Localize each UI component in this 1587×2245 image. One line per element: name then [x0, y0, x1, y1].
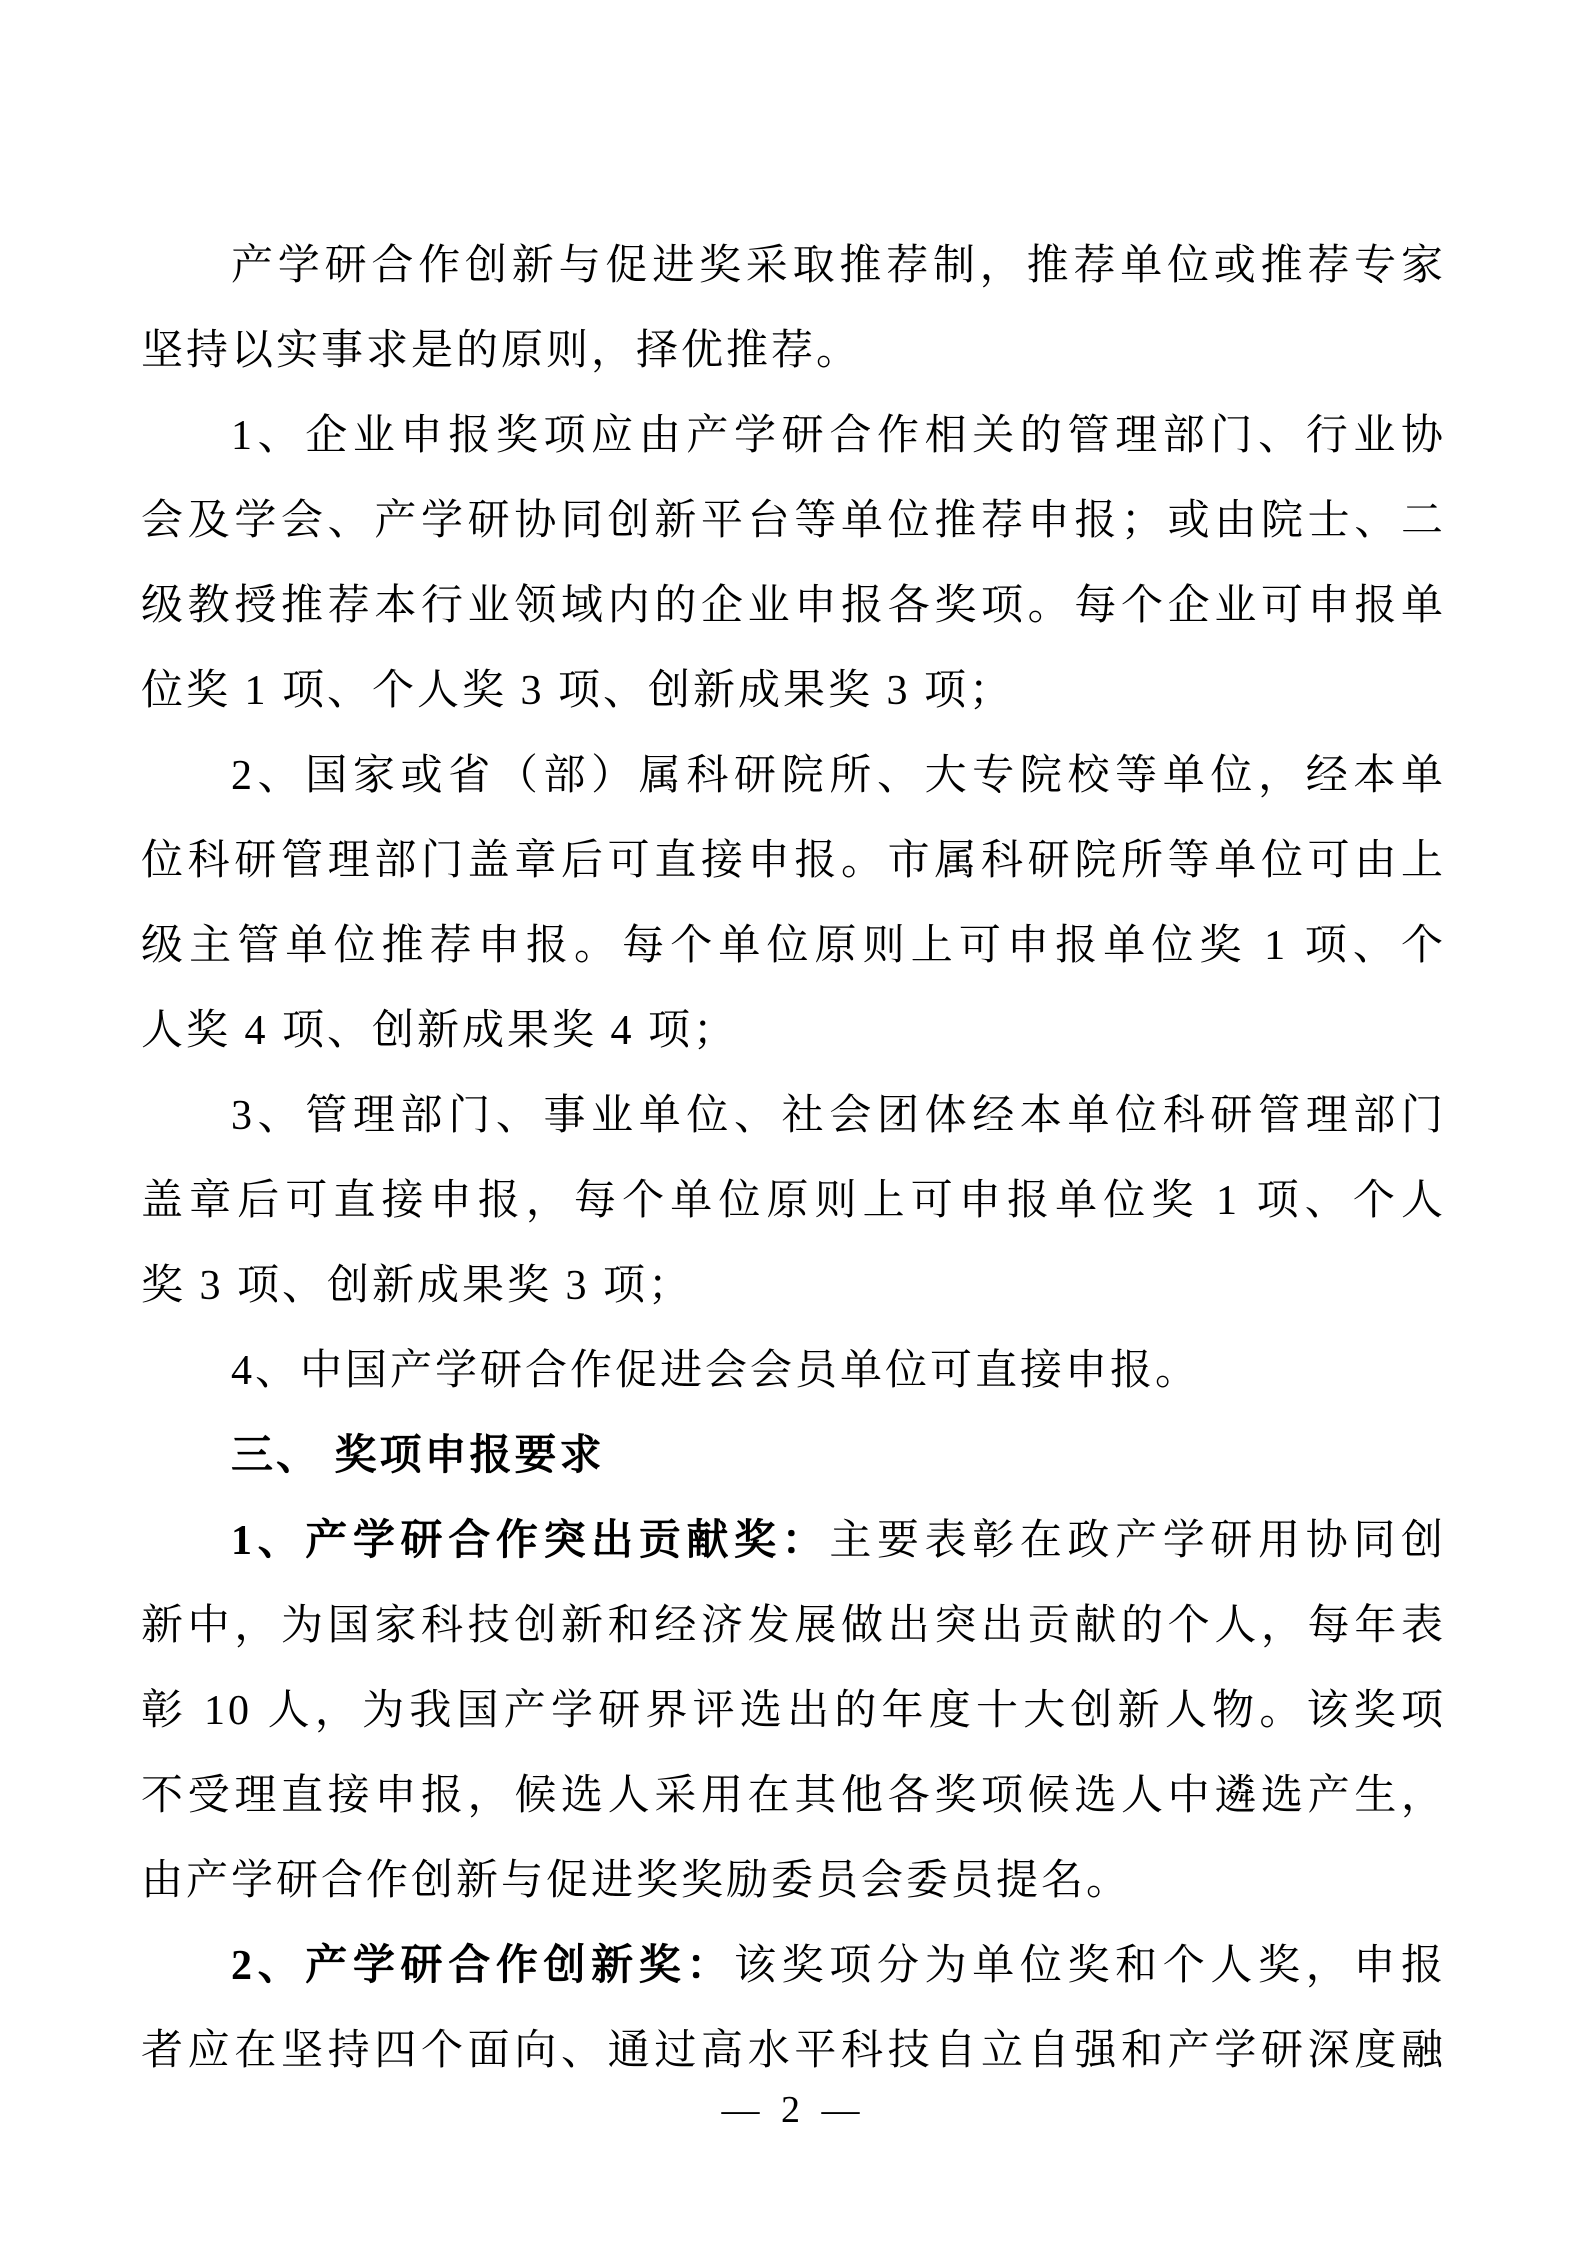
text-line: 盖章后可直接申报，每个单位原则上可申报单位奖 1 项、个人 — [141, 1159, 1446, 1244]
text-line: 产学研合作创新与促进奖采取推荐制，推荐单位或推荐专家 — [141, 224, 1446, 309]
page-number: — 2 — — [0, 2088, 1587, 2132]
text-line: 1、产学研合作突出贡献奖：主要表彰在政产学研用协同创 — [141, 1499, 1446, 1584]
text-line: 会及学会、产学研协同创新平台等单位推荐申报；或由院士、二 — [141, 479, 1446, 564]
text-segment: 人奖 4 项、创新成果奖 4 项； — [141, 1008, 738, 1054]
text-segment: 不受理直接申报，候选人采用在其他各奖项候选人中遴选产生， — [141, 1773, 1446, 1819]
text-segment: 奖 3 项、创新成果奖 3 项； — [141, 1263, 693, 1309]
text-segment: 产学研合作创新与促进奖采取推荐制，推荐单位或推荐专家 — [231, 243, 1446, 289]
text-line: 级教授推荐本行业领域内的企业申报各奖项。每个企业可申报单 — [141, 564, 1446, 649]
document-page: 产学研合作创新与促进奖采取推荐制，推荐单位或推荐专家坚持以实事求是的原则，择优推… — [0, 0, 1587, 2245]
text-segment: 者应在坚持四个面向、通过高水平科技自立自强和产学研深度融 — [141, 2028, 1446, 2074]
text-segment: 新中，为国家科技创新和经济发展做出突出贡献的个人，每年表 — [141, 1603, 1446, 1649]
text-line: 1、企业申报奖项应由产学研合作相关的管理部门、行业协 — [141, 394, 1446, 479]
text-segment: 盖章后可直接申报，每个单位原则上可申报单位奖 1 项、个人 — [141, 1178, 1446, 1224]
text-segment: 1、企业申报奖项应由产学研合作相关的管理部门、行业协 — [231, 413, 1446, 459]
text-line: 2、国家或省（部）属科研院所、大专院校等单位，经本单 — [141, 734, 1446, 819]
text-segment: 三、 奖项申报要求 — [231, 1433, 605, 1479]
text-segment: 该奖项分为单位奖和个人奖，申报 — [734, 1943, 1446, 1989]
text-segment: 级教授推荐本行业领域内的企业申报各奖项。每个企业可申报单 — [141, 583, 1446, 629]
text-segment: 坚持以实事求是的原则，择优推荐。 — [141, 328, 861, 374]
text-segment: 1、产学研合作突出贡献奖： — [231, 1518, 829, 1564]
text-line: 不受理直接申报，候选人采用在其他各奖项候选人中遴选产生， — [141, 1754, 1446, 1839]
text-segment: 3、管理部门、事业单位、社会团体经本单位科研管理部门 — [231, 1093, 1446, 1139]
text-line: 人奖 4 项、创新成果奖 4 项； — [141, 989, 1446, 1074]
text-segment: 会及学会、产学研协同创新平台等单位推荐申报；或由院士、二 — [141, 498, 1446, 544]
text-segment: 由产学研合作创新与促进奖奖励委员会委员提名。 — [141, 1858, 1131, 1904]
text-segment: 位奖 1 项、个人奖 3 项、创新成果奖 3 项； — [141, 668, 1014, 714]
text-line: 新中，为国家科技创新和经济发展做出突出贡献的个人，每年表 — [141, 1584, 1446, 1669]
text-line: 位科研管理部门盖章后可直接申报。市属科研院所等单位可由上 — [141, 819, 1446, 904]
section-heading: 三、 奖项申报要求 — [141, 1414, 1446, 1499]
text-line: 者应在坚持四个面向、通过高水平科技自立自强和产学研深度融 — [141, 2009, 1446, 2094]
text-line: 奖 3 项、创新成果奖 3 项； — [141, 1244, 1446, 1329]
text-line: 级主管单位推荐申报。每个单位原则上可申报单位奖 1 项、个 — [141, 904, 1446, 989]
text-line: 彰 10 人，为我国产学研界评选出的年度十大创新人物。该奖项 — [141, 1669, 1446, 1754]
text-segment: 主要表彰在政产学研用协同创 — [829, 1518, 1446, 1564]
document-body: 产学研合作创新与促进奖采取推荐制，推荐单位或推荐专家坚持以实事求是的原则，择优推… — [141, 224, 1446, 2094]
text-segment: 彰 10 人，为我国产学研界评选出的年度十大创新人物。该奖项 — [141, 1688, 1446, 1734]
text-line: 坚持以实事求是的原则，择优推荐。 — [141, 309, 1446, 394]
text-line: 2、产学研合作创新奖：该奖项分为单位奖和个人奖，申报 — [141, 1924, 1446, 2009]
text-line: 3、管理部门、事业单位、社会团体经本单位科研管理部门 — [141, 1074, 1446, 1159]
text-segment: 2、产学研合作创新奖： — [231, 1943, 734, 1989]
text-line: 由产学研合作创新与促进奖奖励委员会委员提名。 — [141, 1839, 1446, 1924]
text-line: 4、中国产学研合作促进会会员单位可直接申报。 — [141, 1329, 1446, 1414]
text-segment: 级主管单位推荐申报。每个单位原则上可申报单位奖 1 项、个 — [141, 923, 1446, 969]
text-segment: 位科研管理部门盖章后可直接申报。市属科研院所等单位可由上 — [141, 838, 1446, 884]
text-line: 位奖 1 项、个人奖 3 项、创新成果奖 3 项； — [141, 649, 1446, 734]
text-segment: 2、国家或省（部）属科研院所、大专院校等单位，经本单 — [231, 753, 1446, 799]
text-segment: 4、中国产学研合作促进会会员单位可直接申报。 — [231, 1348, 1200, 1394]
